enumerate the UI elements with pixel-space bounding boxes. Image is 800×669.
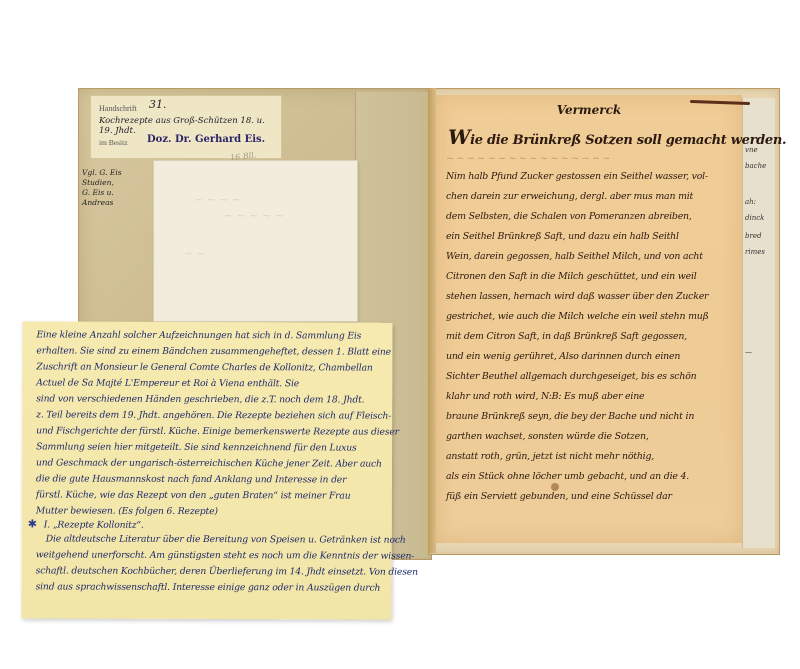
edge-mark: bache	[745, 162, 766, 170]
underlying-leaf-edge: vne bache ah: dinck bred rimes —	[742, 98, 775, 548]
bleed-through-line: ~ ~ ~ ~ ~ ~ ~ ~ ~ ~ ~ ~ ~ ~ ~ ~	[446, 153, 610, 164]
bleed-through-text: ~ ~	[184, 247, 206, 260]
owner-stamp: Doz. Dr. Gerhard Eis.	[147, 134, 265, 145]
manuscript-leaf: Vermerck Wie die Brünkreß Sotzen soll ge…	[436, 95, 742, 543]
label-description: Kochrezepte aus Groß-Schützen 18. u. 19.…	[99, 116, 281, 136]
side-note-line: Vgl. G. Eis	[82, 168, 152, 178]
blank-mounted-sheet: ~ ~ ~ ~ ~ ~ ~ ~ ~ ~ ~	[153, 160, 358, 322]
manuscript-line: Citronen den Saft in die Milch geschütte…	[446, 271, 697, 282]
note-line: schaftl. deutschen Kochbücher, deren Übe…	[36, 565, 418, 577]
note-line: Zuschrift an Monsieur le General Comte C…	[36, 361, 372, 373]
label-field-owner: im Besitz	[99, 138, 128, 147]
handwritten-note-card: Eine kleine Anzahl solcher Aufzeichnunge…	[21, 321, 392, 619]
side-note-line: G. Eis u.	[82, 188, 152, 198]
manuscript-line: garthen wachset, sonsten würde die Sotze…	[446, 431, 649, 442]
note-line: Actuel de Sa Majté L'Empereur et Roi à V…	[36, 377, 299, 389]
manuscript-line: klahr und roth wird, N:B: Es muß aber ei…	[446, 391, 644, 402]
heading-initial: W	[448, 125, 470, 149]
manuscript-line: Wein, darein gegossen, halb Seithel Milc…	[446, 251, 703, 262]
manuscript-line: als ein Stück ohne löcher umb gebacht, u…	[446, 471, 689, 482]
note-line: Die altdeutsche Literatur über die Berei…	[46, 533, 406, 545]
note-line: und Fischgerichte der fürstl. Küche. Ein…	[36, 425, 399, 437]
note-line: sind aus sprachwissenschaftl. Interesse …	[36, 581, 381, 593]
edge-mark: dinck	[745, 214, 764, 222]
label-field-manuscript: Handschrift	[99, 104, 137, 113]
collection-label: Handschrift 31. Kochrezepte aus Groß-Sch…	[90, 95, 282, 159]
note-line: die die gute Hausmannskost nach fand Ank…	[36, 473, 346, 485]
edge-mark: rimes	[745, 248, 765, 256]
edge-mark: —	[745, 348, 752, 356]
note-line: und Geschmack der ungarisch-österreichis…	[36, 457, 382, 469]
folder-spine	[428, 88, 436, 553]
note-line: Mutter bewiesen. (Es folgen 6. Rezepte)	[36, 505, 218, 517]
manuscript-line: gestrichet, wie auch die Milch welche ei…	[446, 311, 709, 322]
note-line: Eine kleine Anzahl solcher Aufzeichnunge…	[36, 329, 361, 341]
label-number: 31.	[149, 98, 167, 111]
manuscript-line: Nim halb Pfund Zucker gestossen ein Seit…	[446, 171, 708, 182]
note-section-heading: I. „Rezepte Kollonitz“.	[44, 519, 144, 530]
manuscript-line: chen darein zur erweichung, dergl. aber …	[446, 191, 693, 202]
bleed-through-text: ~ ~ ~ ~	[194, 193, 241, 206]
asterisk-mark-icon: ✱	[28, 517, 37, 530]
note-line: z. Teil bereits dem 19. Jhdt. angehören.…	[36, 409, 391, 421]
note-line: fürstl. Küche, wie das Rezept von den „g…	[36, 489, 351, 501]
manuscript-line: ein Seithel Brünkreß Saft, und dazu ein …	[446, 231, 679, 242]
manuscript-line: braune Brünkreß seyn, die bey der Bache …	[446, 411, 694, 422]
note-line: Sammlung seien hier mitgeteilt. Sie sind…	[36, 441, 357, 453]
manuscript-line: stehen lassen, hernach wird daß wasser ü…	[446, 291, 708, 302]
manuscript-line: füß ein Serviett gebunden, und eine Schü…	[446, 491, 672, 502]
heading-text: ie die Brünkreß Sotzen soll gemacht werd…	[470, 133, 786, 148]
manuscript-line: Sichter Beuthel allgemach durchgeseiget,…	[446, 371, 696, 382]
manuscript-line: dem Selbsten, die Schalen von Pomeranzen…	[446, 211, 692, 222]
manuscript-title: Vermerck	[436, 103, 742, 117]
manuscript-line: und ein wenig gerühret, Also darinnen du…	[446, 351, 680, 362]
manuscript-line: anstatt roth, grün, jetzt ist nicht mehr…	[446, 451, 654, 462]
edge-mark: ah:	[745, 198, 756, 206]
note-line: erhalten. Sie sind zu einem Bändchen zus…	[36, 345, 391, 357]
edge-mark: bred	[745, 232, 761, 240]
note-line: weitgehend unerforscht. Am günstigsten s…	[36, 549, 415, 561]
note-line: sind von verschiedenen Händen geschriebe…	[36, 393, 364, 405]
ink-stain	[551, 483, 559, 491]
side-note-line: Studien,	[82, 178, 152, 188]
manuscript-line: mit dem Citron Saft, in daß Brünkreß Saf…	[446, 331, 687, 342]
side-note-line: Andreas	[82, 198, 152, 208]
manuscript-heading: Wie die Brünkreß Sotzen soll gemacht wer…	[448, 125, 786, 149]
side-reference-note: Vgl. G. Eis Studien, G. Eis u. Andreas	[82, 168, 152, 208]
bleed-through-text: ~ ~ ~ ~ ~	[224, 209, 284, 222]
